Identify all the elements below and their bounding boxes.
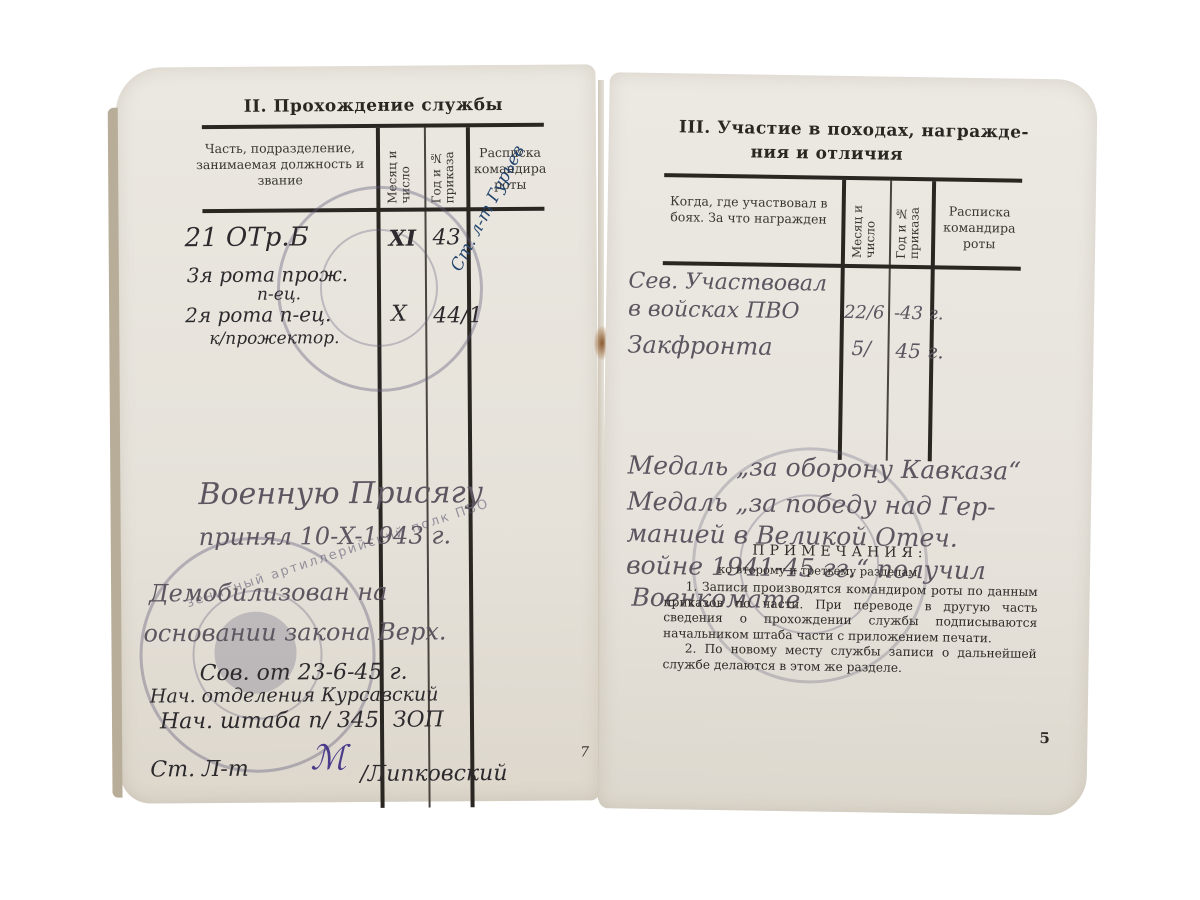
table-top-rule: [202, 123, 544, 129]
note-line: принял 10-X-1943 г.: [199, 521, 452, 551]
note-line: Нач. штаба п/ 345. ЗОП: [160, 707, 444, 734]
entry-month: 22/6: [844, 302, 885, 324]
col-header-year: Год и № приказа: [430, 143, 460, 203]
chief-signature: ℳ: [310, 738, 347, 778]
award-line: Медаль „за победу над Гер-: [627, 487, 996, 522]
note-line: основании закона Верх.: [143, 617, 446, 647]
entry-unit: 2я рота п-ец.: [185, 302, 331, 327]
col-header-when-where: Когда, где участвовал в боях. За что наг…: [659, 193, 837, 228]
entry-unit: 21 ОТр.Б: [185, 222, 309, 253]
military-booklet: II. Прохождение службы Часть, подразделе…: [0, 0, 1200, 900]
col-header-year: Год и № приказа: [895, 197, 926, 259]
entry-unit-sub: к/прожектор.: [209, 328, 339, 349]
entry-month: XI: [389, 226, 417, 252]
note-line: Демобилизован на: [149, 578, 387, 608]
entry-year: -43 г.: [894, 303, 944, 325]
col-header-unit: Часть, подразделение, занимаемая должнос…: [186, 140, 374, 189]
section-title-campaigns-2: ния и отличия: [750, 142, 903, 164]
unit-stamp-faint: [276, 185, 483, 392]
note-item-2: 2. По новому месту службы записи о дальн…: [662, 641, 1036, 678]
note-item-1: 1. Записи производятся командиром роты п…: [663, 579, 1038, 647]
col-divider: [886, 181, 892, 461]
entry-text: Закфронта: [627, 331, 773, 361]
right-page: III. Участие в походах, награжде- ния и …: [598, 72, 1098, 816]
note-line: Сов. от 23-6-45 г.: [200, 660, 408, 686]
page-number: 5: [1039, 729, 1050, 747]
entry-text: в войсках ПВО: [628, 297, 800, 325]
section-title-campaigns: III. Участие в походах, награжде-: [679, 117, 1029, 142]
section-title-service: II. Прохождение службы: [244, 95, 503, 117]
notes-title: ПРИМЕЧАНИЯ:: [752, 543, 927, 562]
page-edge: [108, 108, 123, 798]
entry-month: 5/: [851, 336, 871, 360]
col-header-month: Месяц и число: [851, 196, 882, 258]
entry-year: 44/1: [433, 303, 483, 328]
award-line: Медаль „за оборону Кавказа“: [627, 451, 1021, 486]
entry-unit: 3я рота прож.: [187, 262, 348, 287]
note-line: Ст. Л-т: [150, 757, 249, 783]
entry-year: 45 г.: [895, 339, 944, 364]
entry-month: X: [391, 302, 407, 327]
note-line: Военную Присягу: [198, 475, 483, 512]
note-line: Нач. отделения Курсавский: [150, 683, 439, 707]
left-page: II. Прохождение службы Часть, подразделе…: [115, 64, 600, 803]
notes-body: 1. Записи производятся командиром роты п…: [662, 579, 1037, 678]
note-line: /Липковский: [360, 761, 507, 787]
col-header-signature: Расписка командира роты: [937, 203, 1022, 252]
entry-text: Сев. Участвовал: [628, 269, 827, 297]
margin-number: 7: [580, 744, 589, 760]
